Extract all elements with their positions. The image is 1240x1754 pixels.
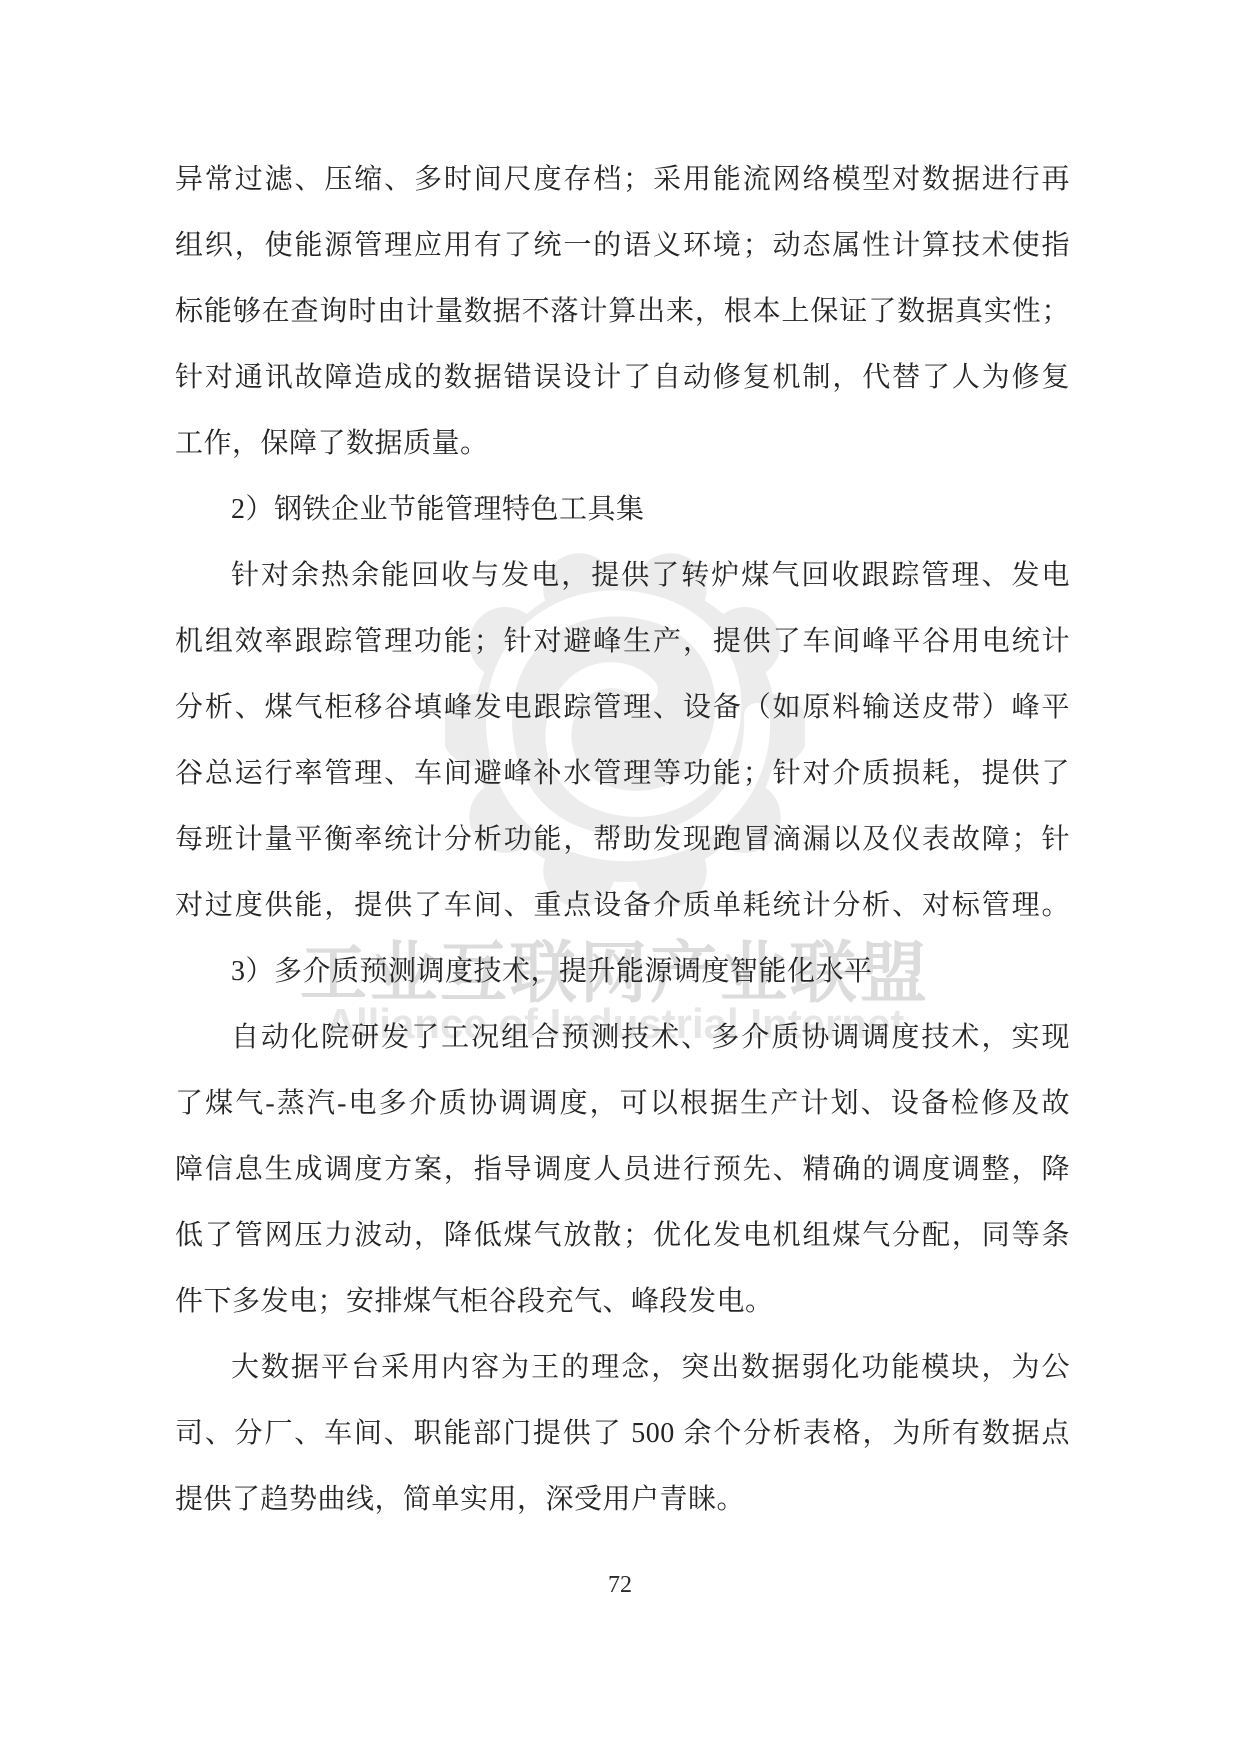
- text-line: 件下多发电；安排煤气柜谷段充气、峰段发电。: [175, 1269, 1070, 1335]
- text-line: 低了管网压力波动，降低煤气放散；优化发电机组煤气分配，同等条: [175, 1203, 1070, 1269]
- text-line: 障信息生成调度方案，指导调度人员进行预先、精确的调度调整，降: [175, 1137, 1070, 1203]
- page-number: 72: [0, 1572, 1240, 1599]
- text-line: 工作，保障了数据质量。: [175, 411, 1070, 477]
- document-lines: 异常过滤、压缩、多时间尺度存档；采用能流网络模型对数据进行再组织，使能源管理应用…: [175, 147, 1070, 1533]
- text-line: 分析、煤气柜移谷填峰发电跟踪管理、设备（如原料输送皮带）峰平: [175, 675, 1070, 741]
- document-page: 工业互联网产业联盟 Alliance of Industrial Interne…: [0, 0, 1240, 1754]
- text-line: 对过度供能，提供了车间、重点设备介质单耗统计分析、对标管理。: [175, 873, 1070, 939]
- text-line: 2）钢铁企业节能管理特色工具集: [175, 477, 1070, 543]
- text-line: 针对余热余能回收与发电，提供了转炉煤气回收跟踪管理、发电: [175, 543, 1070, 609]
- text-line: 标能够在查询时由计量数据不落计算出来，根本上保证了数据真实性；: [175, 279, 1070, 345]
- text-line: 司、分厂、车间、职能部门提供了 500 余个分析表格，为所有数据点: [175, 1401, 1070, 1467]
- text-line: 机组效率跟踪管理功能；针对避峰生产，提供了车间峰平谷用电统计: [175, 609, 1070, 675]
- text-line: 每班计量平衡率统计分析功能，帮助发现跑冒滴漏以及仪表故障；针: [175, 807, 1070, 873]
- text-line: 异常过滤、压缩、多时间尺度存档；采用能流网络模型对数据进行再: [175, 147, 1070, 213]
- text-line: 提供了趋势曲线，简单实用，深受用户青睐。: [175, 1467, 1070, 1533]
- text-line: 组织，使能源管理应用有了统一的语义环境；动态属性计算技术使指: [175, 213, 1070, 279]
- text-line: 了煤气-蒸汽-电多介质协调调度，可以根据生产计划、设备检修及故: [175, 1071, 1070, 1137]
- text-line: 大数据平台采用内容为王的理念，突出数据弱化功能模块，为公: [175, 1335, 1070, 1401]
- text-line: 3）多介质预测调度技术，提升能源调度智能化水平: [175, 939, 1070, 1005]
- text-line: 针对通讯故障造成的数据错误设计了自动修复机制，代替了人为修复: [175, 345, 1070, 411]
- text-line: 谷总运行率管理、车间避峰补水管理等功能；针对介质损耗，提供了: [175, 741, 1070, 807]
- text-line: 自动化院研发了工况组合预测技术、多介质协调调度技术，实现: [175, 1005, 1070, 1071]
